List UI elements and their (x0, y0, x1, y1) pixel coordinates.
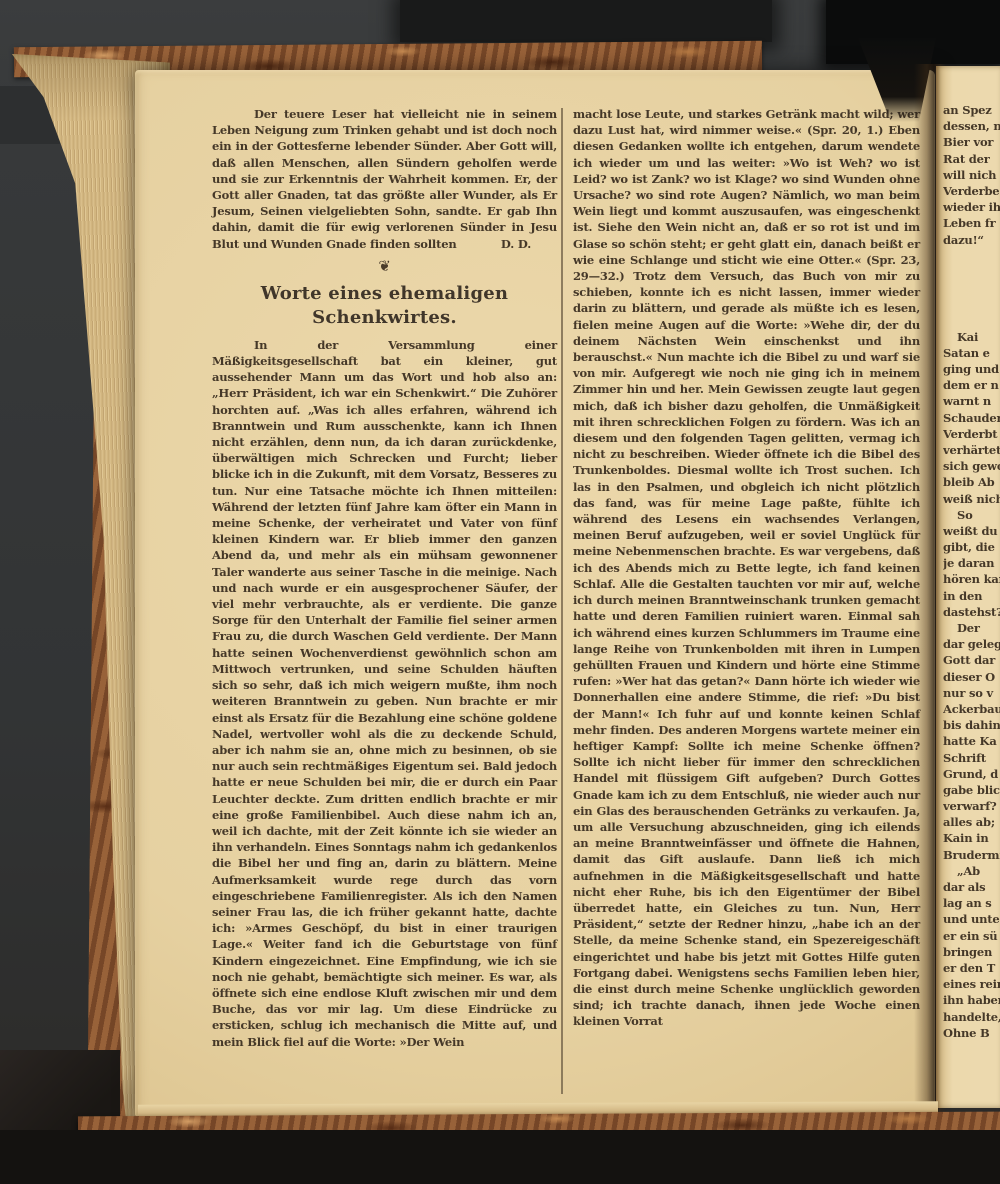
right-page-line: Bier vor (943, 134, 1000, 150)
right-page-line: ging und (943, 361, 1000, 377)
background-shadow-patch (400, 0, 772, 42)
right-page-line: Schrift (943, 750, 1000, 766)
right-page-line (943, 312, 1000, 328)
right-page-line: will nich (943, 167, 1000, 183)
right-page-line: gibt, die (943, 539, 1000, 555)
right-page-line: dazu!“ (943, 232, 1000, 248)
right-page-lines: an Spezdessen, nBier vorRat derwill nich… (943, 102, 1000, 1041)
right-page-line: „Ab (943, 863, 1000, 879)
right-page-line: Ackerbaue (943, 701, 1000, 717)
right-page-line: er den T (943, 960, 1000, 976)
right-page-line: handelte, (943, 1009, 1000, 1025)
right-page-line: verwarf? (943, 798, 1000, 814)
right-page-line: sich gewo (943, 458, 1000, 474)
right-page-line: Kai (943, 329, 1000, 345)
photo-background: Der teuere Leser hat vielleicht nie in s… (0, 0, 1000, 1184)
right-page-line (943, 296, 1000, 312)
right-page-line: dar als (943, 879, 1000, 895)
right-page-line: Verderbt (943, 426, 1000, 442)
right-page-line: je daran (943, 555, 1000, 571)
right-page-line: Brudermi (943, 847, 1000, 863)
right-page-line: Verderbe (943, 183, 1000, 199)
right-page-line: ihn haben (943, 992, 1000, 1008)
left-column: Der teuere Leser hat vielleicht nie in s… (212, 106, 557, 1050)
right-page-line: wieder ih (943, 199, 1000, 215)
intro-signature: D. D. (459, 236, 531, 252)
right-page-line: hören kan (943, 571, 1000, 587)
story-paragraph-text: In der Versammlung einer Mäßigkeitsgesel… (212, 338, 557, 1049)
right-page-line: Der (943, 620, 1000, 636)
right-page-line: dem er n (943, 377, 1000, 393)
right-page-line: warnt n (943, 393, 1000, 409)
right-page-line: bringen (943, 944, 1000, 960)
right-page-line: bis dahin (943, 717, 1000, 733)
right-page-line (943, 280, 1000, 296)
right-page-line: nur so v (943, 685, 1000, 701)
story-paragraph: In der Versammlung einer Mäßigkeitsgesel… (212, 337, 557, 1050)
right-page-line: eines rein (943, 976, 1000, 992)
right-page-line: verhärtet (943, 442, 1000, 458)
right-page-line: weißt du (943, 523, 1000, 539)
middle-column-paragraph: macht lose Leute, und starkes Getränk ma… (573, 106, 920, 1030)
right-page-line: dar geleg (943, 636, 1000, 652)
section-heading: Worte eines ehemaligen Schenkwirtes. (212, 282, 557, 330)
column-divider-rule (561, 108, 563, 1094)
right-page-line: Gott dar (943, 652, 1000, 668)
right-page-line: er ein sü (943, 928, 1000, 944)
right-page-line: in den (943, 588, 1000, 604)
middle-column-text: macht lose Leute, und starkes Getränk ma… (573, 107, 920, 1028)
right-page-line: Ohne B (943, 1025, 1000, 1041)
right-page-line: weiß nich (943, 491, 1000, 507)
right-page-line: bleib Ab (943, 474, 1000, 490)
middle-column: macht lose Leute, und starkes Getränk ma… (573, 106, 920, 1030)
right-page-line: Kain in (943, 830, 1000, 846)
right-page-line: gabe blic (943, 782, 1000, 798)
right-page-line: Satan e (943, 345, 1000, 361)
book-right-page-edge: an Spezdessen, nBier vorRat derwill nich… (936, 66, 1000, 1108)
right-page-line: an Spez (943, 102, 1000, 118)
right-page-line (943, 248, 1000, 264)
right-page-line: hatte Ka (943, 733, 1000, 749)
right-page-line: Grund, d (943, 766, 1000, 782)
right-page-line: alles ab; (943, 814, 1000, 830)
right-page-line: und unte (943, 911, 1000, 927)
section-ornament-icon: ❦ (212, 254, 557, 278)
right-page-line: dessen, n (943, 118, 1000, 134)
right-page-line: Rat der (943, 151, 1000, 167)
intro-paragraph-text: Der teuere Leser hat vielleicht nie in s… (212, 107, 557, 251)
right-page-line: So (943, 507, 1000, 523)
right-page-line: lag an s (943, 895, 1000, 911)
right-page-line: dieser O (943, 669, 1000, 685)
right-page-line (943, 264, 1000, 280)
book-left-page: Der teuere Leser hat vielleicht nie in s… (135, 70, 935, 1116)
right-page-line: dastehst? (943, 604, 1000, 620)
intro-paragraph: Der teuere Leser hat vielleicht nie in s… (212, 106, 557, 252)
background-bottom-shadow (0, 1130, 1000, 1184)
right-page-line: Schauder (943, 410, 1000, 426)
right-page-line: Leben fr (943, 215, 1000, 231)
